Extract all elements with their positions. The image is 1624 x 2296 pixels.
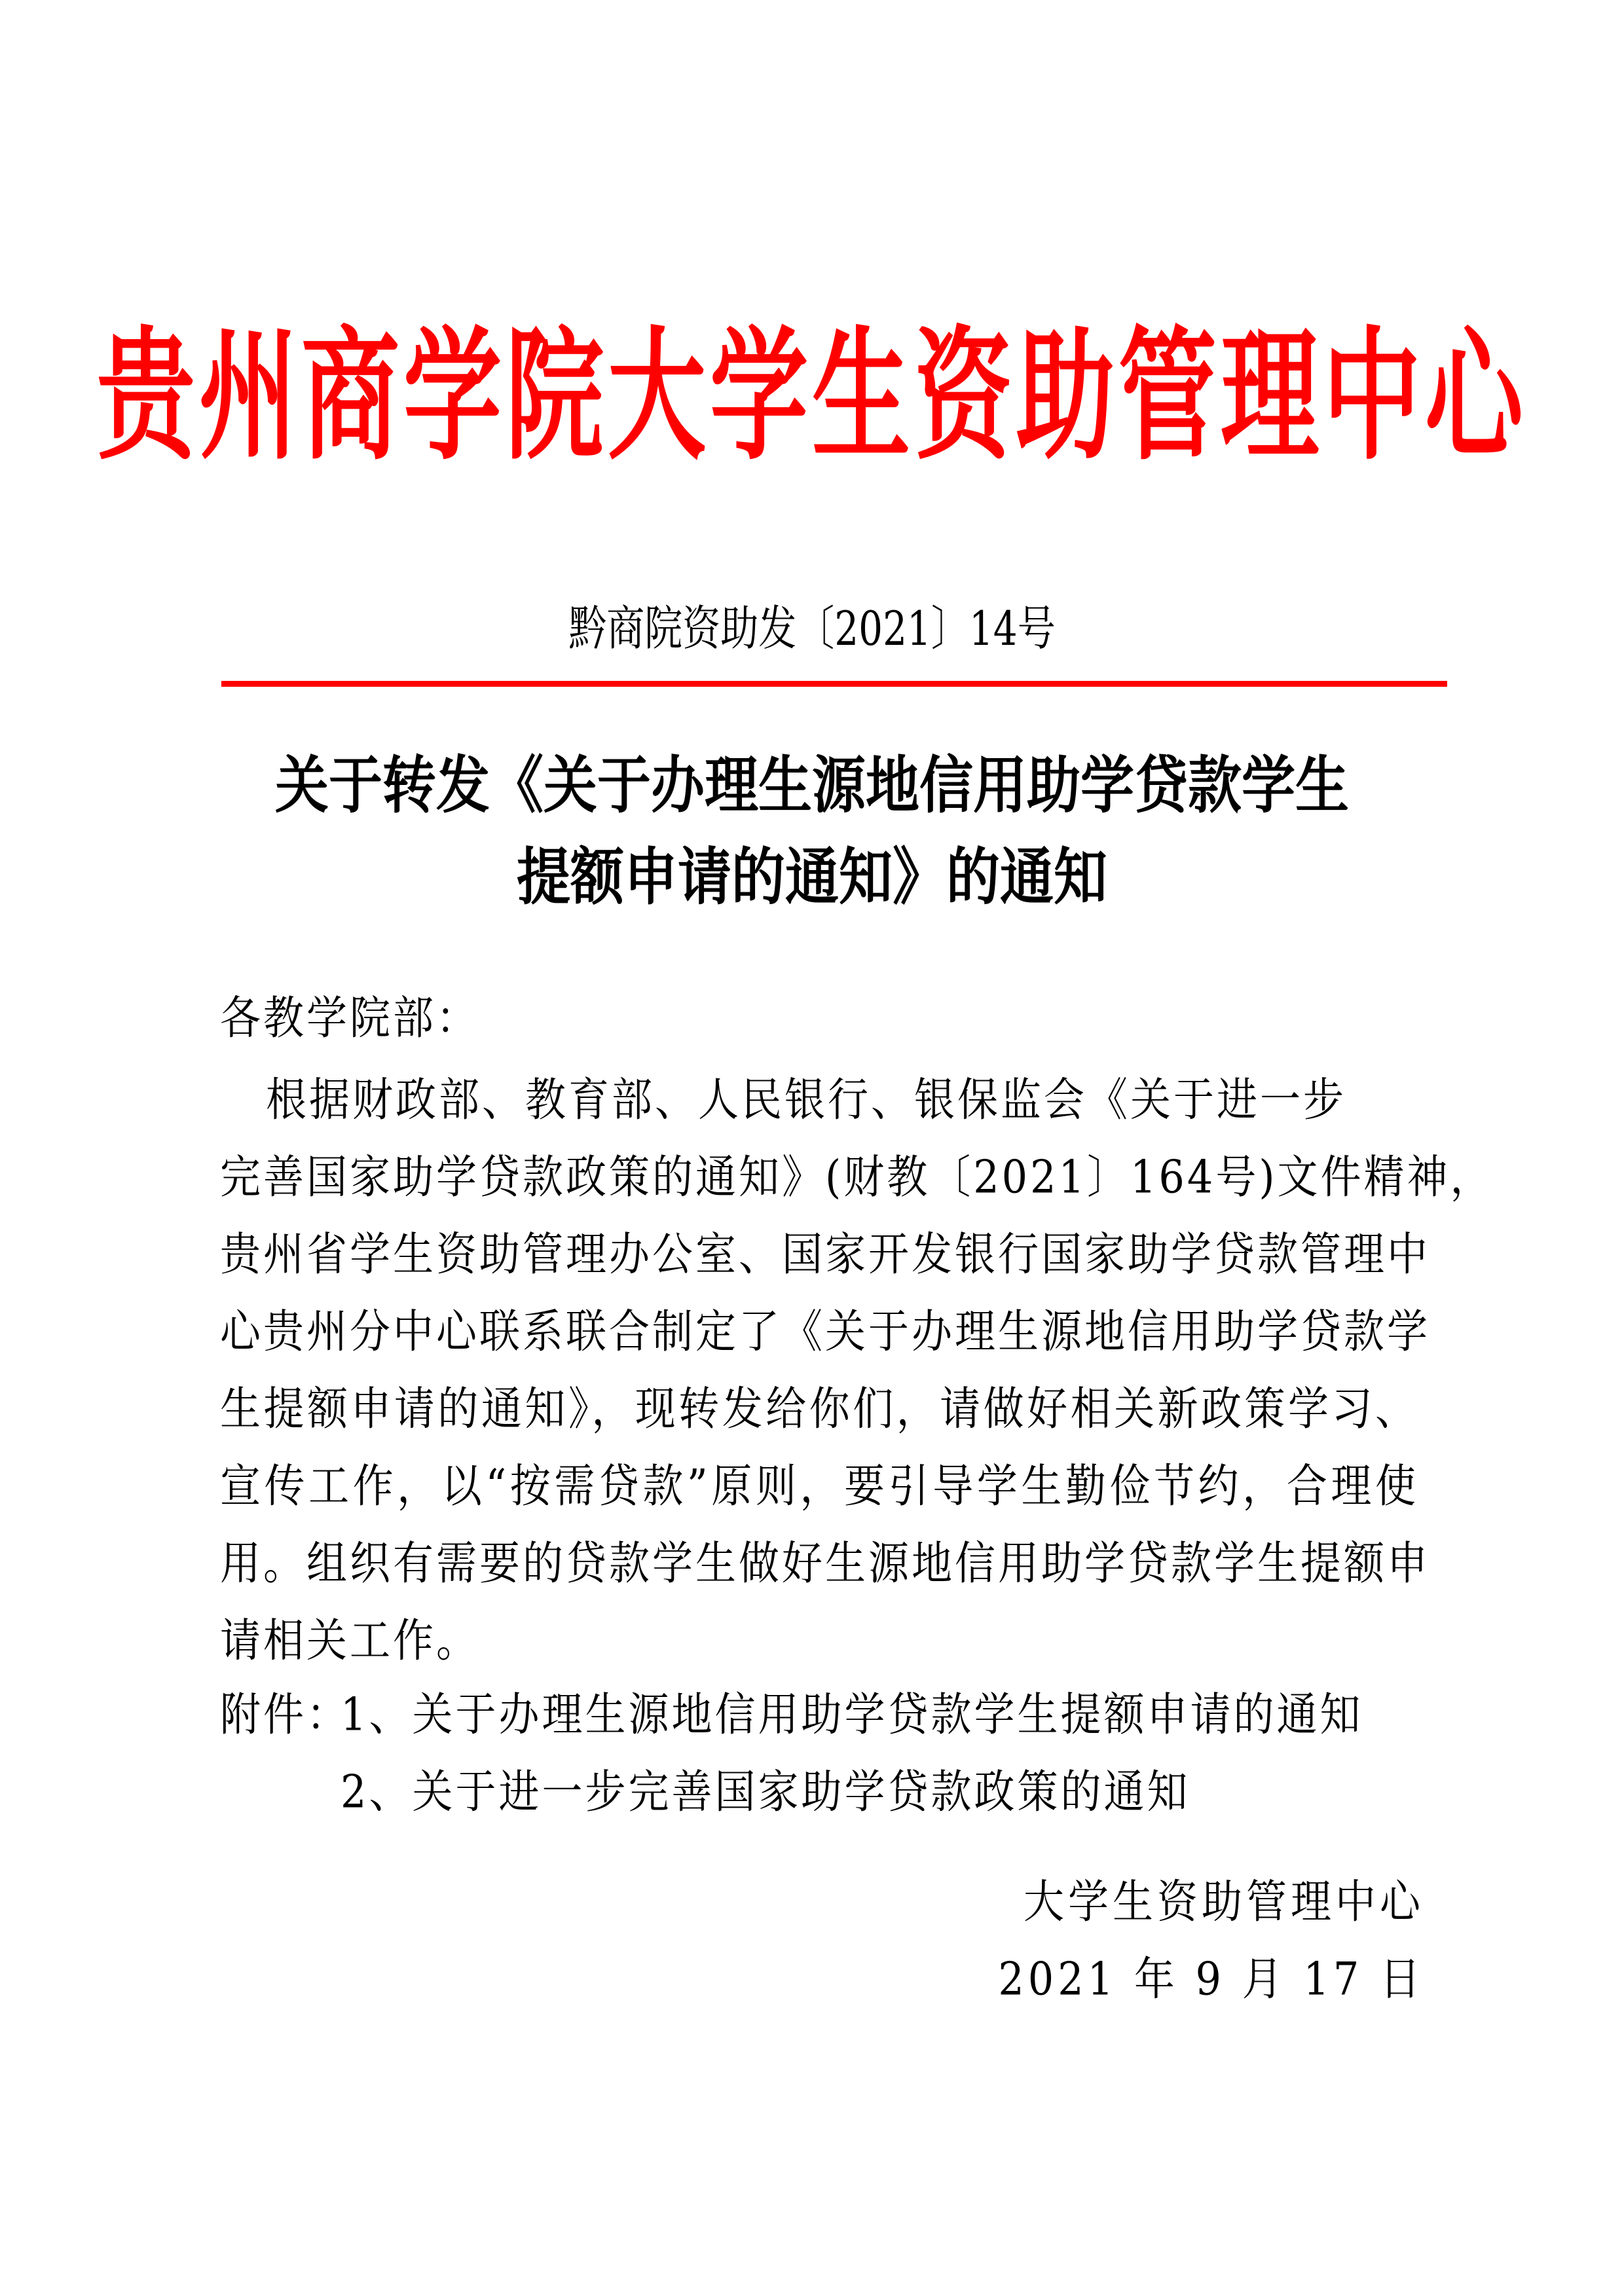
body-paragraph-line: 用。组织有需要的贷款学生做好生源地信用助学贷款学生提额申: [220, 1531, 1418, 1597]
document-title-line-2: 提额申请的通知》的通知: [196, 840, 1428, 915]
masthead-title: 贵州商学院大学生资助管理中心: [0, 287, 1624, 505]
document-number: 黔商院资助发〔2021〕14号: [0, 592, 1624, 666]
salutation: 各教学院部：: [220, 985, 479, 1051]
document-title-line-1: 关于转发《关于办理生源地信用助学贷款学生: [196, 748, 1428, 824]
body-paragraph-line: 贵州省学生资助管理办公室、国家开发银行国家助学贷款管理中: [220, 1222, 1418, 1288]
body-paragraph-line: 请相关工作。: [220, 1608, 479, 1674]
body-paragraph-line: 心贵州分中心联系联合制定了《关于办理生源地信用助学贷款学: [220, 1299, 1418, 1365]
signature-organization: 大学生资助管理中心: [1024, 1869, 1424, 1935]
red-divider-line: [221, 681, 1447, 687]
signature-date: 2021 年 9 月 17 日: [998, 1946, 1424, 2013]
body-paragraph-line: 根据财政部、教育部、人民银行、银保监会《关于进一步: [223, 1067, 1346, 1133]
body-paragraph-line: 宣传工作，以“按需贷款”原则，要引导学生勤俭节约，合理使: [220, 1453, 1418, 1520]
attachment-item: 1、关于办理生源地信用助学贷款学生提额申请的通知: [341, 1682, 1363, 1748]
attachments-label: 附件：: [220, 1682, 350, 1748]
attachment-item: 2、关于进一步完善国家助学贷款政策的通知: [341, 1759, 1190, 1825]
body-paragraph-line: 完善国家助学贷款政策的通知》(财教〔2021〕164号)文件精神，: [220, 1144, 1418, 1211]
body-paragraph-line: 生提额申请的通知》，现转发给你们，请做好相关新政策学习、: [220, 1376, 1418, 1442]
